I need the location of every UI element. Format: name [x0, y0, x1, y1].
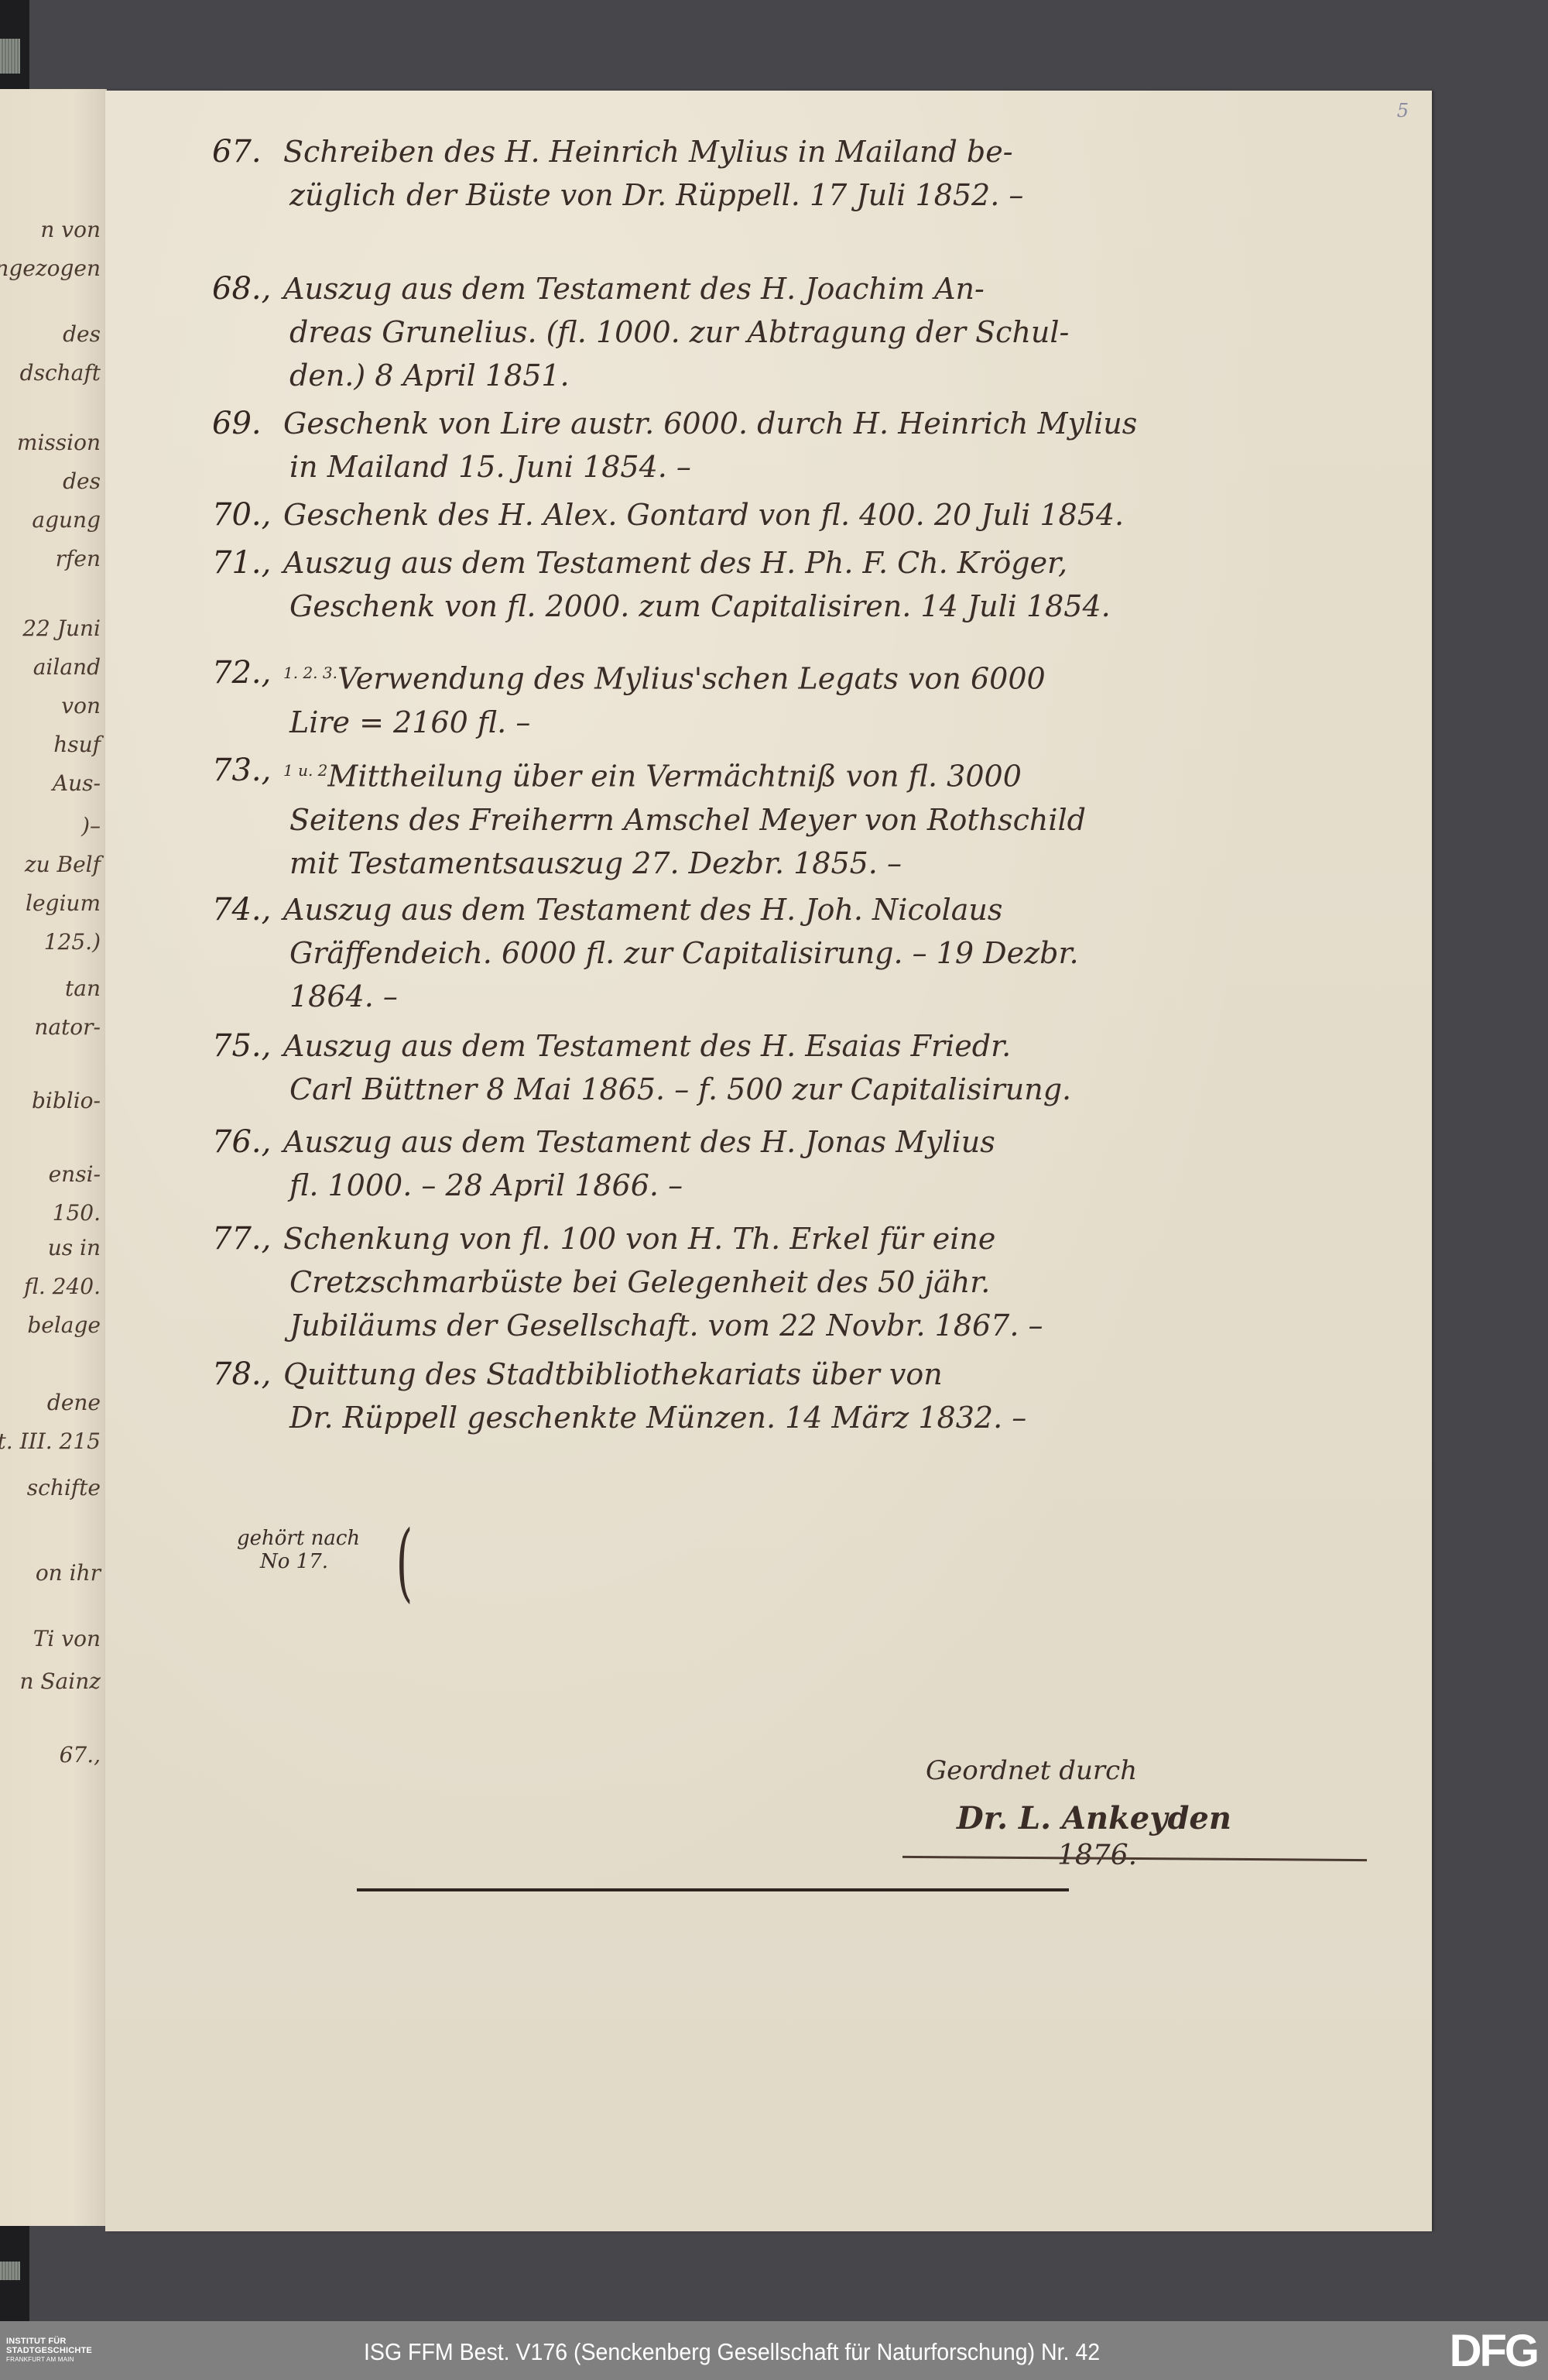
entry-line: Carl Büttner 8 Mai 1865. – f. 500 zur Ca… [283, 1068, 1413, 1111]
entry-line: Verwendung des Mylius'schen Legats von 6… [337, 662, 1046, 696]
entry-number: 76., [212, 1120, 282, 1164]
facing-page-fragment: zu Belf [25, 852, 101, 877]
facing-page-fragment: legium [26, 890, 101, 916]
facing-page-fragment: ensi- [49, 1161, 101, 1187]
facing-page-fragment: hsuf [53, 732, 101, 757]
facing-page-fragment: schifte [27, 1475, 101, 1500]
signature-name: Dr. L. Ankeyden [902, 1800, 1336, 1836]
entry-number: 69. [212, 402, 282, 445]
facing-page-fragment: dschaft [20, 360, 101, 386]
entry-item: 75.,Auszug aus dem Testament des H. Esai… [283, 1024, 1413, 1111]
entry-item: 77.,Schenkung von fl. 100 von H. Th. Erk… [283, 1217, 1413, 1347]
facing-page-fragment: ngezogen [0, 255, 101, 281]
entry-line: dreas Grunelius. (fl. 1000. zur Abtragun… [283, 310, 1413, 354]
entry-line: Geschenk von fl. 2000. zum Capitalisiren… [283, 585, 1413, 628]
facing-page-fragment: belage [27, 1312, 101, 1338]
entry-line: züglich der Büste von Dr. Rüppell. 17 Ju… [283, 173, 1413, 217]
entry-item: 73.,1 u. 2Mittheilung über ein Vermächtn… [283, 749, 1413, 885]
signature-caption: Geordnet durch [902, 1755, 1336, 1786]
entry-number: 68., [212, 267, 282, 310]
facing-page-fragment: biblio- [32, 1088, 101, 1113]
archive-caption: ISG FFM Best. V176 (Senckenberg Gesellsc… [364, 2338, 1100, 2366]
entry-number: 67. [212, 130, 282, 173]
folio-number: 5 [1397, 100, 1409, 122]
entry-line: 1864. – [283, 975, 1413, 1018]
spine-cloth-top [0, 39, 20, 74]
margin-note-line1: gehört nach [237, 1527, 360, 1550]
facing-page-fragment: tan [65, 976, 101, 1001]
entry-item: 76.,Auszug aus dem Testament des H. Jona… [283, 1120, 1413, 1207]
facing-page-fragment: 22 Juni [22, 616, 101, 641]
entry-item: 72.,1. 2. 3.Verwendung des Mylius'schen … [283, 651, 1413, 744]
entry-number: 70., [212, 493, 282, 537]
entry-line: Geschenk des H. Alex. Gontard von fl. 40… [283, 493, 1413, 537]
institute-line3: FRANKFURT AM MAIN [6, 2355, 92, 2365]
facing-page-fragment: dene [47, 1390, 101, 1415]
facing-page-fragment: on ihr [36, 1560, 101, 1586]
margin-note-line2: No 17. [237, 1550, 360, 1573]
entry-number: 77., [212, 1217, 282, 1260]
facing-page-fragment: nator- [34, 1014, 101, 1040]
entry-number: 72., [212, 651, 282, 694]
facing-page-fragment: des [63, 468, 101, 494]
entry-line: Mittheilung über ein Vermächtniß von fl.… [327, 760, 1021, 794]
facing-page-fragment: Aus- [53, 770, 101, 796]
facing-page-fragment: n Sainz [19, 1668, 101, 1694]
entry-superscript: 1. 2. 3. [283, 664, 337, 682]
entry-line: Dr. Rüppell geschenkte Münzen. 14 März 1… [283, 1396, 1413, 1439]
entry-number: 74., [212, 888, 282, 931]
institute-line1: INSTITUT FÜR [6, 2337, 92, 2346]
entry-line: Geschenk von Lire austr. 6000. durch H. … [283, 402, 1413, 445]
facing-page-fragment: )– [81, 813, 101, 838]
entry-line: Auszug aus dem Testament des H. Joachim … [283, 267, 1413, 310]
entry-item: 70.,Geschenk des H. Alex. Gontard von fl… [283, 493, 1413, 537]
entry-line: in Mailand 15. Juni 1854. – [283, 445, 1413, 489]
entry-item: 68.,Auszug aus dem Testament des H. Joac… [283, 267, 1413, 397]
entry-item: 74.,Auszug aus dem Testament des H. Joh.… [283, 888, 1413, 1018]
facing-page-fragment: ailand [33, 654, 101, 680]
entry-line: Auszug aus dem Testament des H. Esaias F… [283, 1024, 1413, 1068]
dfg-logo: DFG [1450, 2329, 1537, 2374]
manuscript-page: 5 67.Schreiben des H. Heinrich Mylius in… [105, 91, 1432, 2231]
facing-page-fragment: fl. 240. [24, 1274, 101, 1299]
brace-mark: ( [396, 1519, 413, 1604]
entry-number: 78., [212, 1353, 282, 1396]
entry-line: mit Testamentsauszug 27. Dezbr. 1855. – [283, 842, 1413, 885]
facing-page-fragment: von [61, 693, 101, 718]
entry-line: Auszug aus dem Testament des H. Joh. Nic… [283, 888, 1413, 931]
entry-item: 71.,Auszug aus dem Testament des H. Ph. … [283, 541, 1413, 628]
entry-line: Seitens des Freiherrn Amschel Meyer von … [283, 798, 1413, 842]
entry-number: 73., [212, 749, 282, 792]
signature-block: Geordnet durch Dr. L. Ankeyden 1876. [902, 1755, 1336, 1871]
entry-line: den.) 8 April 1851. [283, 354, 1413, 397]
entry-number: 71., [212, 541, 282, 585]
facing-page-fragment: des [63, 321, 101, 347]
facing-page-fragment: 67., [60, 1742, 101, 1768]
entry-line: Auszug aus dem Testament des H. Ph. F. C… [283, 541, 1413, 585]
institute-logo: INSTITUT FÜR STADTGESCHICHTE FRANKFURT A… [6, 2337, 92, 2365]
facing-page-fragment: rfen [56, 546, 101, 571]
entry-line: Lire = 2160 fl. – [283, 701, 1413, 744]
entry-superscript: 1 u. 2 [283, 761, 327, 780]
facing-page-fragment: us in [48, 1235, 101, 1260]
entry-line: Cretzschmarbüste bei Gelegenheit des 50 … [283, 1260, 1413, 1304]
facing-page-fragment: mission [17, 430, 101, 455]
facing-page-fragment: Ti von [33, 1626, 101, 1651]
facing-page-strip: n vonngezogendesdschaftmissiondesagungrf… [0, 89, 107, 2226]
margin-note: gehört nach No 17. [237, 1527, 360, 1573]
entry-item: 78.,Quittung des Stadtbibliothekariats ü… [283, 1353, 1413, 1439]
facing-page-fragment: 125.) [44, 929, 101, 955]
entry-line-with-sup: 1 u. 2Mittheilung über ein Vermächtniß v… [283, 749, 1413, 798]
facing-page-fragment: n von [40, 217, 101, 242]
separator-rule [357, 1888, 1069, 1891]
facing-page-fragment: 150. [53, 1200, 101, 1226]
facing-page-fragment: agung [32, 507, 101, 533]
entry-line: fl. 1000. – 28 April 1866. – [283, 1164, 1413, 1207]
entry-item: 69.Geschenk von Lire austr. 6000. durch … [283, 402, 1413, 489]
entry-line: Jubiläums der Gesellschaft. vom 22 Novbr… [283, 1304, 1413, 1347]
entry-line: Quittung des Stadtbibliothekariats über … [283, 1353, 1413, 1396]
entry-line: Schreiben des H. Heinrich Mylius in Mail… [283, 130, 1413, 173]
entry-line: Auszug aus dem Testament des H. Jonas My… [283, 1120, 1413, 1164]
entry-line: Schenkung von fl. 100 von H. Th. Erkel f… [283, 1217, 1413, 1260]
entry-item: 67.Schreiben des H. Heinrich Mylius in M… [283, 130, 1413, 217]
archive-footer: INSTITUT FÜR STADTGESCHICHTE FRANKFURT A… [0, 2321, 1548, 2380]
entry-number: 75., [212, 1024, 282, 1068]
entry-line-with-sup: 1. 2. 3.Verwendung des Mylius'schen Lega… [283, 651, 1413, 701]
facing-page-fragment: t. III. 215 [0, 1428, 101, 1454]
institute-line2: STADTGESCHICHTE [6, 2346, 92, 2355]
entry-line: Gräffendeich. 6000 fl. zur Capitalisirun… [283, 931, 1413, 975]
spine-cloth-bottom [0, 2262, 20, 2280]
